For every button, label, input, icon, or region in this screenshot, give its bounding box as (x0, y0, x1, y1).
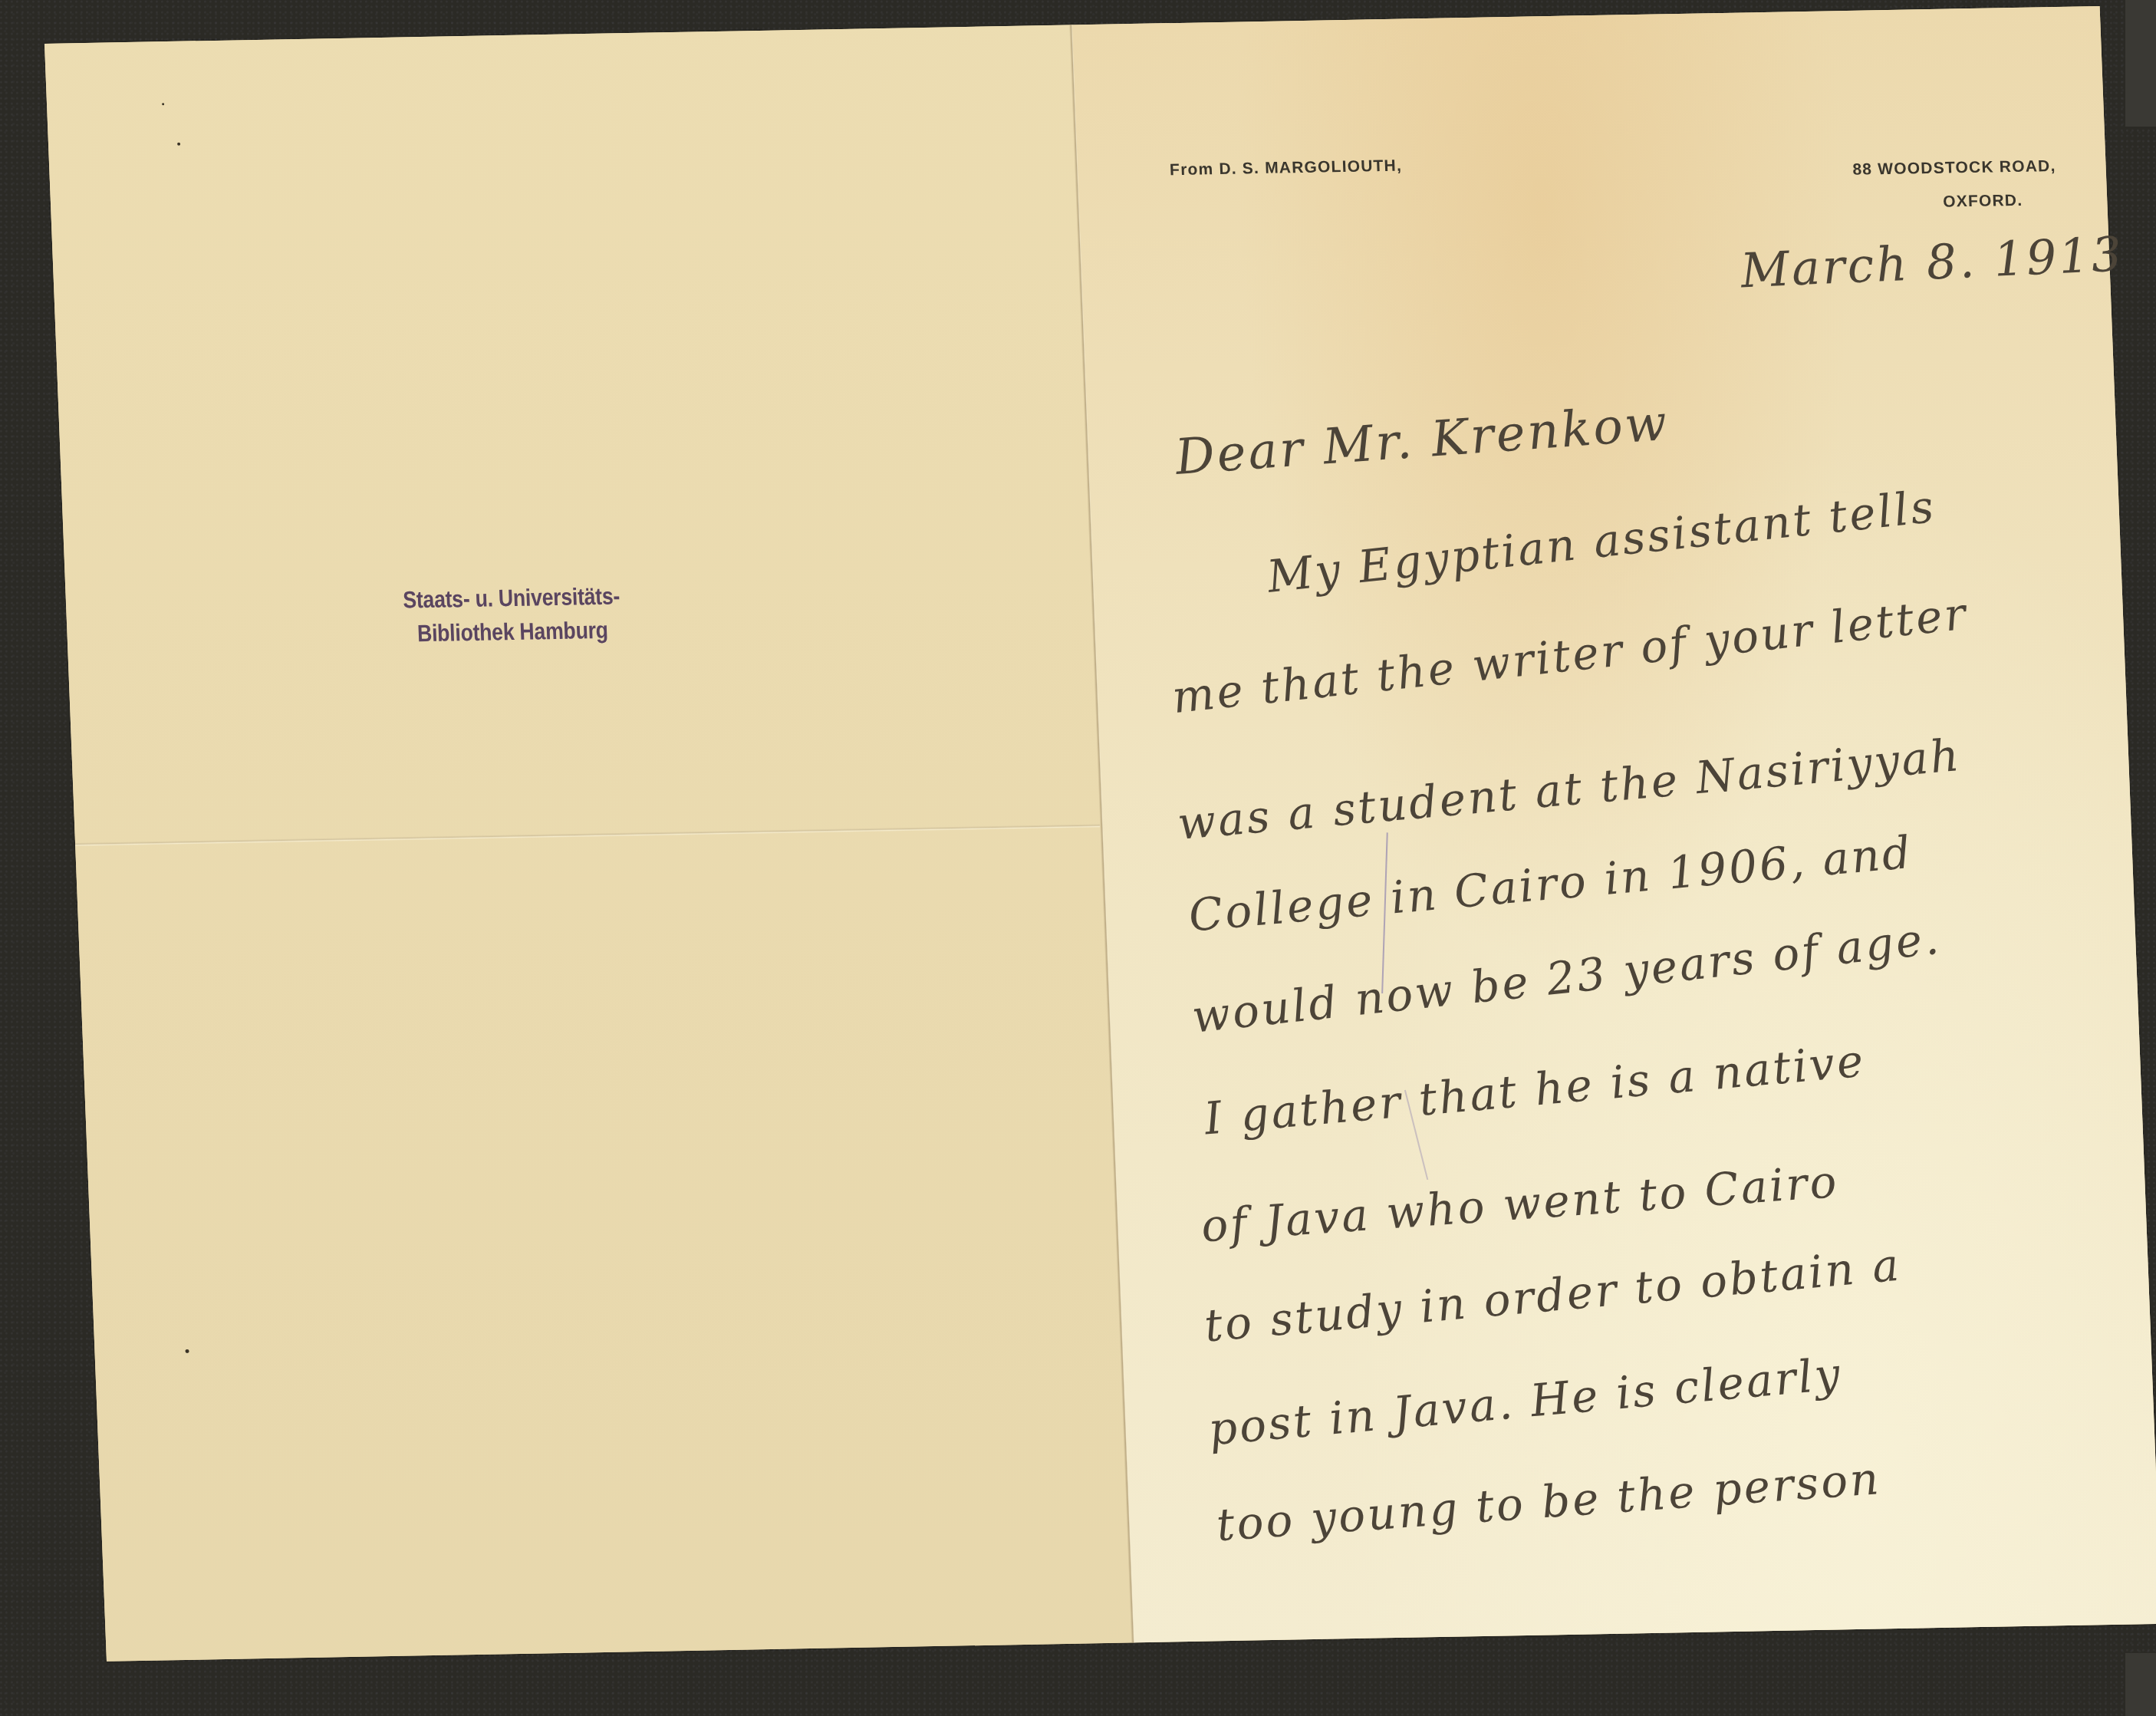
stamp-line-2: Bibliothek Hamburg (374, 613, 652, 652)
body-line: I gather that he is a native (1202, 1035, 1868, 1145)
paper-speck (185, 1349, 189, 1353)
scanner-edge-strip (2125, 1653, 2156, 1716)
body-line: too young to be the person (1214, 1452, 1883, 1551)
body-line: to study in order to obtain a (1202, 1238, 1904, 1352)
left-page: Staats- u. Universitäts- Bibliothek Hamb… (44, 25, 1134, 1661)
letterhead-sender: From D. S. MARGOLIOUTH, (1170, 157, 1403, 180)
body-line: of Java who went to Cairo (1199, 1155, 1841, 1253)
scanner-edge-strip (2125, 0, 2156, 127)
horizontal-fold-crease (75, 824, 1100, 846)
letter-date: March 8. 1913 (1739, 226, 2125, 298)
address-city: OXFORD. (1853, 183, 2058, 221)
stamp-line-1: Staats- u. Universitäts- (372, 579, 650, 618)
body-line: My Egyptian assistant tells (1264, 480, 1938, 603)
paper-speck (177, 143, 180, 146)
body-line: me that the writer of your letter (1169, 587, 1970, 723)
letterhead-address: 88 WOODSTOCK ROAD, OXFORD. (1852, 150, 2058, 221)
letter-sheet: Staats- u. Universitäts- Bibliothek Hamb… (44, 6, 2156, 1662)
right-page: From D. S. MARGOLIOUTH, 88 WOODSTOCK ROA… (1072, 6, 2156, 1642)
body-line: College in Cairo in 1906, and (1186, 826, 1915, 942)
salutation: Dear Mr. Krenkow (1173, 395, 1671, 486)
address-street: 88 WOODSTOCK ROAD, (1852, 150, 2057, 187)
body-line: post in Java. He is clearly (1206, 1348, 1845, 1456)
paper-speck (162, 103, 164, 105)
library-stamp: Staats- u. Universitäts- Bibliothek Hamb… (372, 579, 652, 652)
